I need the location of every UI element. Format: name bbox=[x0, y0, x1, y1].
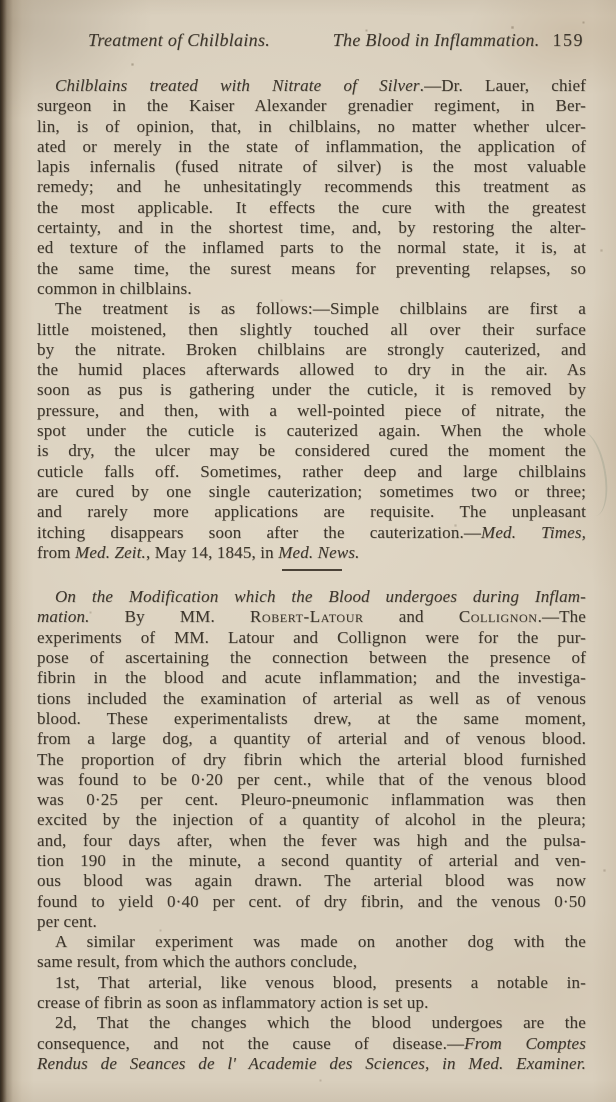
text-line: remedy; and he unhesitatingly recommends… bbox=[37, 177, 586, 197]
body-text: experiments of MM. Latour and Collignon … bbox=[37, 628, 586, 647]
text-line: was 0·25 per cent. Pleuro-pneumonic infl… bbox=[37, 790, 586, 810]
running-head-right-group: The Blood in Inflammation. 159 bbox=[333, 30, 584, 50]
text-line: cuticle falls off. Sometimes, rather dee… bbox=[37, 462, 586, 482]
text-line: soon as pus is gathering under the cutic… bbox=[37, 380, 586, 400]
text-line: experiments of MM. Latour and Collignon … bbox=[37, 628, 586, 648]
body-text: are cured by one single cauterization; s… bbox=[37, 482, 586, 501]
body-text: remedy; and he unhesitatingly recommends… bbox=[37, 177, 586, 196]
body-text: 2d, That the changes which the blood und… bbox=[55, 1013, 586, 1032]
text-line: certainty, and in the shortest time, and… bbox=[37, 218, 586, 238]
text-line: the humid places afterwards allowed to d… bbox=[37, 360, 586, 380]
body-text: certainty, and in the shortest time, and… bbox=[37, 218, 586, 237]
body-text: and, four days after, when the fever was… bbox=[37, 831, 586, 850]
text-line: tions included the examination of arteri… bbox=[37, 689, 586, 709]
body-text: lapis infernalis (fused nitrate of silve… bbox=[37, 157, 586, 176]
body-text: pressure, and then, with a well-pointed … bbox=[37, 401, 586, 420]
text-column: Chilblains treated with Nitrate of Silve… bbox=[37, 76, 586, 1074]
body-text: and bbox=[364, 607, 459, 626]
text-line: same result, from which the authors conc… bbox=[37, 952, 586, 972]
body-text: per cent. bbox=[37, 912, 97, 931]
text-line: by the nitrate. Broken chilblains are st… bbox=[37, 340, 586, 360]
small-caps-name: Collignon bbox=[459, 607, 538, 626]
body-text: is dry, the ulcer may be considered cure… bbox=[37, 441, 586, 460]
body-text: and rarely more applications are requisi… bbox=[37, 502, 586, 521]
text-line: Rendus de Seances de l' Academie des Sci… bbox=[37, 1054, 586, 1074]
body-text: A similar experiment was made on another… bbox=[55, 932, 586, 951]
italic-text: Med. Zeit. bbox=[75, 543, 146, 562]
body-text: crease of fibrin as soon as inflammatory… bbox=[37, 993, 429, 1012]
text-line: itching disappears soon after the cauter… bbox=[37, 523, 586, 543]
text-line: mation. By MM. Robert-Latour and Collign… bbox=[37, 607, 586, 627]
text-line: from Med. Zeit., May 14, 1845, in Med. N… bbox=[37, 543, 586, 563]
text-line: and rarely more applications are requisi… bbox=[37, 502, 586, 522]
text-line: ed texture of the inflamed parts to the … bbox=[37, 238, 586, 258]
body-text: spot under the cuticle is cauterized aga… bbox=[37, 421, 586, 440]
text-line: fibrin in the blood and acute inflammati… bbox=[37, 668, 586, 688]
body-text: from bbox=[37, 543, 75, 562]
text-line: ated or merely in the state of inflammat… bbox=[37, 137, 586, 157]
text-line: found to yield 0·40 per cent. of dry fib… bbox=[37, 892, 586, 912]
italic-text: Med. Times, bbox=[481, 523, 586, 542]
article-chilblains-nitrate-of-silver: Chilblains treated with Nitrate of Silve… bbox=[37, 76, 586, 563]
running-head-right-title: The Blood in Inflammation. bbox=[333, 30, 540, 50]
body-text: the humid places afterwards allowed to d… bbox=[37, 360, 586, 379]
text-line: the same time, the surest means for prev… bbox=[37, 259, 586, 279]
italic-text: From Comptes bbox=[464, 1034, 586, 1053]
body-text: ated or merely in the state of inflammat… bbox=[37, 137, 586, 156]
body-text: the same time, the surest means for prev… bbox=[37, 259, 586, 278]
body-text: from a large dog, a quantity of arterial… bbox=[37, 729, 586, 748]
text-line: ous blood was again drawn. The arterial … bbox=[37, 871, 586, 891]
body-text: itching disappears soon after the cauter… bbox=[37, 523, 481, 542]
text-line: The proportion of dry fibrin which the a… bbox=[37, 750, 586, 770]
text-line: 2d, That the changes which the blood und… bbox=[37, 1013, 586, 1033]
book-page-scan: Treatment of Chilblains. The Blood in In… bbox=[0, 0, 616, 1102]
italic-text: mation. bbox=[37, 607, 90, 626]
text-line: Chilblains treated with Nitrate of Silve… bbox=[37, 76, 586, 96]
body-text: blood. These experimentalists drew, at t… bbox=[37, 709, 586, 728]
text-line: excited by the injection of a quantity o… bbox=[37, 810, 586, 830]
text-line: crease of fibrin as soon as inflammatory… bbox=[37, 993, 586, 1013]
body-text: , May 14, 1845, in bbox=[146, 543, 278, 562]
italic-text: Chilblains treated with Nitrate of Silve… bbox=[55, 76, 420, 95]
body-text: common in chilblains. bbox=[37, 279, 192, 298]
running-head-left-title: Treatment of Chilblains. bbox=[88, 30, 270, 50]
body-text: tion 190 in the minute, a second quantit… bbox=[37, 851, 586, 870]
text-line: pose of ascertaining the connection betw… bbox=[37, 648, 586, 668]
italic-text: On the Modification which the Blood unde… bbox=[55, 587, 586, 606]
text-line: The treatment is as follows:—Simple chil… bbox=[37, 299, 586, 319]
section-divider-rule bbox=[282, 569, 342, 571]
paper-speckles bbox=[0, 0, 1, 1]
body-text: By MM. bbox=[90, 607, 250, 626]
text-line: tion 190 in the minute, a second quantit… bbox=[37, 851, 586, 871]
body-text: same result, from which the authors conc… bbox=[37, 952, 357, 971]
body-text: The proportion of dry fibrin which the a… bbox=[37, 750, 586, 769]
body-text: ous blood was again drawn. The arterial … bbox=[37, 871, 586, 890]
body-text: .—The bbox=[538, 607, 586, 626]
body-text: .—Dr. Lauer, chief bbox=[420, 76, 586, 95]
text-line: is dry, the ulcer may be considered cure… bbox=[37, 441, 586, 461]
text-line: blood. These experimentalists drew, at t… bbox=[37, 709, 586, 729]
text-line: On the Modification which the Blood unde… bbox=[37, 587, 586, 607]
text-line: consequence, and not the cause of diseas… bbox=[37, 1034, 586, 1054]
text-line: and, four days after, when the fever was… bbox=[37, 831, 586, 851]
body-text: was found to be 0·20 per cent., while th… bbox=[37, 770, 586, 789]
text-line: lapis infernalis (fused nitrate of silve… bbox=[37, 157, 586, 177]
text-line: from a large dog, a quantity of arterial… bbox=[37, 729, 586, 749]
text-line: pressure, and then, with a well-pointed … bbox=[37, 401, 586, 421]
body-text: by the nitrate. Broken chilblains are st… bbox=[37, 340, 586, 359]
text-line: lin, is of opinion, that, in chilblains,… bbox=[37, 117, 586, 137]
body-text: the most applicable. It effects the cure… bbox=[37, 198, 586, 217]
body-text: soon as pus is gathering under the cutic… bbox=[37, 380, 586, 399]
text-line: 1st, That arterial, like venous blood, p… bbox=[37, 973, 586, 993]
running-head: Treatment of Chilblains. The Blood in In… bbox=[88, 30, 584, 50]
body-text: found to yield 0·40 per cent. of dry fib… bbox=[37, 892, 586, 911]
article-blood-during-inflammation: On the Modification which the Blood unde… bbox=[37, 587, 586, 1074]
italic-text: Rendus de Seances de l' Academie des Sci… bbox=[37, 1054, 586, 1073]
body-text: surgeon in the Kaiser Alexander grenadie… bbox=[37, 96, 586, 115]
text-line: A similar experiment was made on another… bbox=[37, 932, 586, 952]
text-line: was found to be 0·20 per cent., while th… bbox=[37, 770, 586, 790]
text-line: little moistened, then slightly touched … bbox=[37, 320, 586, 340]
body-text: little moistened, then slightly touched … bbox=[37, 320, 586, 339]
text-line: are cured by one single cauterization; s… bbox=[37, 482, 586, 502]
body-text: ed texture of the inflamed parts to the … bbox=[37, 238, 586, 257]
body-text: cuticle falls off. Sometimes, rather dee… bbox=[37, 462, 586, 481]
text-line: spot under the cuticle is cauterized aga… bbox=[37, 421, 586, 441]
text-line: per cent. bbox=[37, 912, 586, 932]
text-line: common in chilblains. bbox=[37, 279, 586, 299]
body-text: consequence, and not the cause of diseas… bbox=[37, 1034, 464, 1053]
text-line: surgeon in the Kaiser Alexander grenadie… bbox=[37, 96, 586, 116]
body-text: pose of ascertaining the connection betw… bbox=[37, 648, 586, 667]
italic-text: Med. News. bbox=[278, 543, 359, 562]
page-number: 159 bbox=[553, 30, 585, 50]
body-text: lin, is of opinion, that, in chilblains,… bbox=[37, 117, 586, 136]
body-text: was 0·25 per cent. Pleuro-pneumonic infl… bbox=[37, 790, 586, 809]
small-caps-name: Robert-Latour bbox=[250, 607, 364, 626]
body-text: fibrin in the blood and acute inflammati… bbox=[37, 668, 586, 687]
body-text: 1st, That arterial, like venous blood, p… bbox=[55, 973, 586, 992]
body-text: excited by the injection of a quantity o… bbox=[37, 810, 586, 829]
text-line: the most applicable. It effects the cure… bbox=[37, 198, 586, 218]
body-text: tions included the examination of arteri… bbox=[37, 689, 586, 708]
body-text: The treatment is as follows:—Simple chil… bbox=[55, 299, 586, 318]
